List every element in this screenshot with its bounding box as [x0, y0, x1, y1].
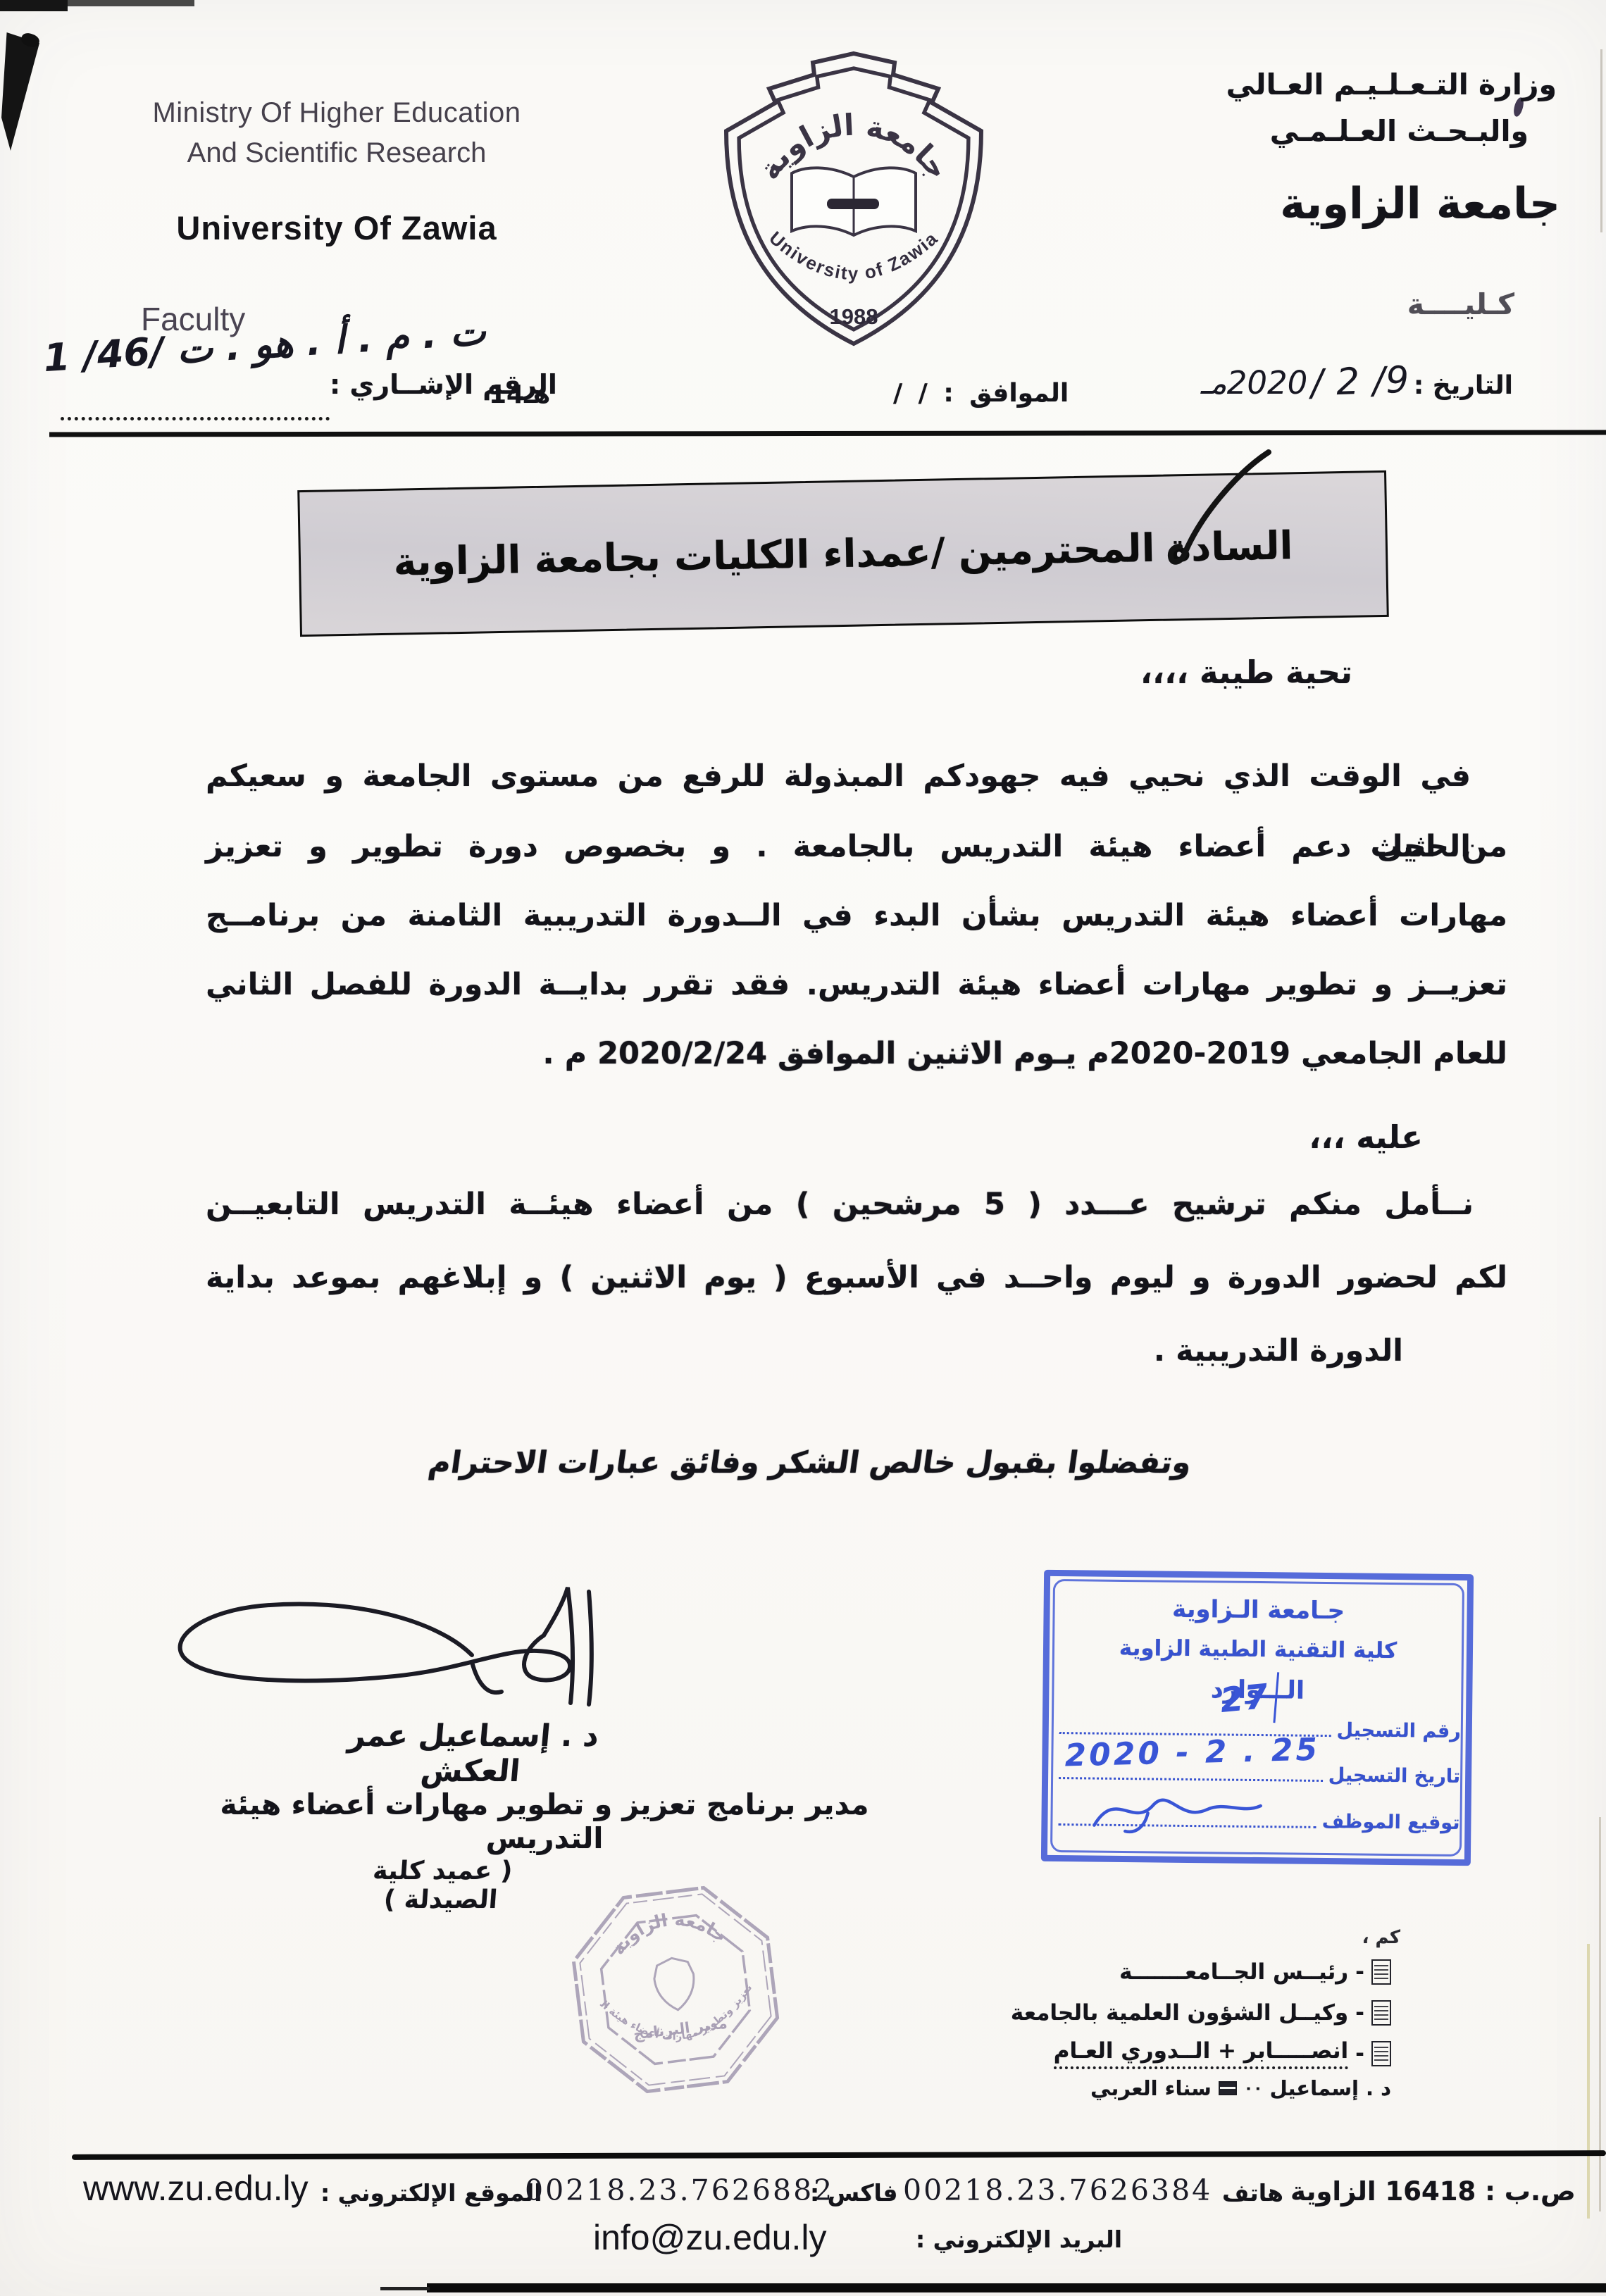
- body-line-part: و إبلاغهم بموعد بداية: [206, 1260, 560, 1295]
- cc-item-label: رئيــس الجــامعـــــــة: [1119, 1959, 1348, 1985]
- body-paragraph-1: في الوقت الذي نحيي فيه جهودكم المبذولة ل…: [206, 741, 1507, 1093]
- body-line-part: من أعضاء هيئــة التدريس التابعيــن: [206, 1187, 796, 1222]
- scan-artifact-bottom-line: [427, 2283, 1606, 2292]
- body-line: من اجل دعم أعضاء هيئة التدريس بالجامعة .…: [206, 811, 1507, 882]
- ministry-en-line2: And Scientific Research: [90, 137, 583, 169]
- body-line: مهارات أعضاء هيئة التدريس بشأن البدء في …: [206, 880, 1507, 951]
- stamp-faculty: كلية التقنية الطبية الزاوية: [1043, 1635, 1473, 1664]
- body-line-part: م .: [542, 1036, 597, 1071]
- cc-item-label: انصـــــابر + الــدوري العـام: [1054, 2038, 1348, 2069]
- logo-year: 1988: [830, 304, 878, 329]
- svg-text:جامعة الزاوية: جامعة الزاوية: [752, 108, 956, 186]
- handwritten-check-mark-icon: [1166, 448, 1278, 573]
- stamp-signature-label: توقيع الموظف: [1322, 1811, 1460, 1834]
- cc-dash: -: [1355, 1959, 1364, 1985]
- monitor-mini-icon: [1219, 2081, 1237, 2095]
- stamp-reg-date-label: تاريخ التسجيل: [1328, 1764, 1461, 1787]
- scan-artifact-right-edge-line-3: [1587, 1944, 1590, 2219]
- document-bullet-icon: [1371, 1959, 1391, 1985]
- date-handwritten-day-month: 9/ 2 /: [1310, 359, 1410, 405]
- course-date-emphasis: يـوم الاثنين الموافق 2020/2/24: [597, 1036, 1076, 1071]
- svg-text:جامعة الزاوية: جامعة الزاوية: [604, 1902, 733, 1960]
- scan-artifact-right-edge-line: [1600, 49, 1602, 232]
- program-octagon-stamp: جامعة الزاوية مدير البرنامج برنامج تعزيز…: [549, 1864, 802, 2116]
- cc-list: -رئيــس الجــامعـــــــة -وكيــل الشؤون …: [986, 1959, 1391, 2121]
- signer-name: د . إسماعيل عمر العكش: [293, 1718, 652, 1789]
- cc-name-right: د . إسماعيل: [1270, 2076, 1391, 2100]
- stamp-reg-date-value: 2020 - 2 . 25: [1064, 1732, 1321, 1774]
- document-bullet-icon: [1371, 2000, 1391, 2026]
- ministry-en-line1: Ministry Of Higher Education: [90, 97, 583, 129]
- body-line: للعام الجامعي 2019-2020م يـوم الاثنين ال…: [206, 1018, 1507, 1089]
- scan-artifact-corner-wedge: [1, 32, 39, 151]
- body-line: في الوقت الذي نحيي فيه جهودكم المبذولة ل…: [206, 741, 1507, 811]
- website-url: www.zu.edu.ly: [83, 2168, 309, 2209]
- email-label: البريد الإلكتروني :: [916, 2226, 1122, 2253]
- cc-small-marks: ٠٠: [1244, 2080, 1263, 2097]
- cc-dash: -: [1355, 2000, 1364, 2026]
- closing-courtesy-text: وتفضلوا بقبول خالص الشكر وفائق عبارات ال…: [406, 1445, 1214, 1480]
- signer-title: مدير برنامج تعزيز و تطوير مهارات أعضاء ه…: [161, 1787, 928, 1855]
- cc-item-label: وكيــل الشؤون العلمية بالجامعة: [1011, 2000, 1348, 2026]
- pobox-text: ص.ب : 16418 الزاوية: [1290, 2176, 1576, 2207]
- university-en: University Of Zawia: [90, 208, 583, 247]
- signer-secondary-title: ( عميد كلية الصيدلة ): [323, 1857, 560, 1914]
- book-text-smudge: [827, 199, 879, 209]
- cc-intro: كم ،: [1295, 1927, 1400, 1948]
- scan-artifact-bottom-line-tail: [380, 2287, 430, 2290]
- alaih-text: عليه ،،،: [1197, 1118, 1423, 1156]
- body-line: تعزيــز و تطوير مهارات أعضاء هيئة التدري…: [206, 949, 1507, 1020]
- cc-item-general-file: -انصـــــابر + الــدوري العـام: [1054, 2038, 1391, 2069]
- email-address: info@zu.edu.ly: [593, 2217, 827, 2258]
- candidates-count-emphasis: ترشيح عـــدد ( 5 مرشحين ): [796, 1187, 1266, 1222]
- ministry-ar-line1: وزارة التـعـلـيـم العـالي: [1226, 68, 1557, 101]
- shield-logo-icon: جامعة الزاوية University of Zawia 1988: [706, 39, 1002, 354]
- phone-label: هاتف: [1222, 2179, 1283, 2207]
- university-ar: جامعة الزاوية: [1280, 179, 1560, 229]
- monday-emphasis: ( يوم الاثنين ): [560, 1260, 788, 1295]
- cc-item-university-president: -رئيــس الجــامعـــــــة: [1119, 1959, 1391, 1985]
- letterhead-divider-rule: [49, 430, 1606, 437]
- logo-arabic-name: جامعة الزاوية: [752, 108, 956, 186]
- cc-name-left: سناء العربي: [1090, 2076, 1212, 2100]
- fax-number: 00218.23.7626882: [525, 2173, 834, 2207]
- fax-label: فاكس :: [810, 2179, 898, 2207]
- reference-number-label: الرقم الإشــاري :: [330, 369, 557, 400]
- footer-divider-rule: [72, 2150, 1606, 2160]
- website-label: الموقع الإلكتروني :: [320, 2179, 542, 2207]
- university-logo: جامعة الزاوية University of Zawia 1988: [706, 39, 1002, 354]
- stamp-reg-no-value: 27: [1219, 1677, 1271, 1721]
- body-line: لكم لحضور الدورة و ليوم واحــد في الأسبو…: [206, 1242, 1507, 1313]
- program-stamp-top-text: جامعة الزاوية: [604, 1902, 733, 1960]
- corresponding-field: الموافق : / /: [893, 379, 1069, 408]
- stamp-shield-icon: [652, 1956, 698, 2012]
- cc-item-handwritten-names: د . إسماعيل ٠٠ سناء العربي: [1090, 2076, 1391, 2100]
- document-bullet-icon: [1371, 2041, 1391, 2066]
- date-label: التاريخ :: [1414, 371, 1513, 400]
- cc-item-scientific-affairs: -وكيــل الشؤون العلمية بالجامعة: [1011, 2000, 1391, 2026]
- faculty-ar: كـليــــة: [1407, 287, 1514, 321]
- stamp-reg-no-label: رقم التسجيل: [1336, 1719, 1461, 1742]
- date-field: التاريخ : 9/ 2 / 2020مـ: [1210, 361, 1513, 403]
- phone-number: 00218.23.7626384: [903, 2173, 1212, 2207]
- body-line: الدورة التدريبية .: [206, 1316, 1507, 1386]
- scan-artifact-top-strip: [0, 0, 68, 11]
- stamp-employee-signature-icon: [1080, 1781, 1271, 1842]
- body-line-part: نــأمل منكم: [1266, 1187, 1474, 1222]
- scanned-letter-page: Ministry Of Higher Education And Scienti…: [0, 0, 1606, 2296]
- subject-text: السادة المحترمين /عمداء الكليات بجامعة ا…: [393, 523, 1293, 584]
- greeting-text: تحية طيبة ،،،،: [1127, 654, 1352, 691]
- ministry-ar-line2: والبـحـث العـلـمـي: [1270, 114, 1529, 148]
- body-paragraph-2: نــأمل منكم ترشيح عـــدد ( 5 مرشحين ) من…: [206, 1169, 1507, 1402]
- body-line: نــأمل منكم ترشيح عـــدد ( 5 مرشحين ) من…: [206, 1169, 1507, 1240]
- cc-dash: -: [1355, 2041, 1364, 2066]
- stamp-university: جـامعة الـزاوية: [1043, 1594, 1473, 1626]
- scan-artifact-top-strip-2: [68, 0, 194, 6]
- date-handwritten-year: 2020مـ: [1200, 364, 1307, 401]
- reference-dotted-line: [61, 392, 330, 420]
- signature-scribble-icon: [141, 1578, 606, 1718]
- body-line-part: لكم لحضور الدورة و ليوم واحــد في الأسبو…: [788, 1260, 1507, 1295]
- body-line-part: للعام الجامعي 2019-2020م: [1076, 1036, 1507, 1071]
- incoming-registry-stamp: جـامعة الـزاوية كلية التقنية الطبية الزا…: [1041, 1570, 1474, 1866]
